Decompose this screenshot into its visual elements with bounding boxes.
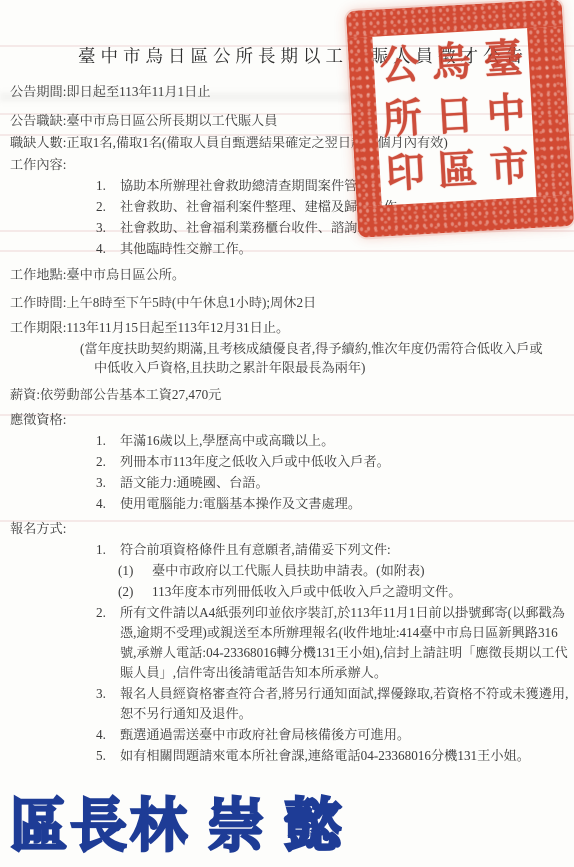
document-page: 臺中市烏日區公所長期以工代賑人員徵才公告 公告期間:即日起至113年11月1日止…: [10, 46, 570, 766]
duties-list: 1.協助本所辦理社會救助總清查期間案件管理。 2.社會救助、社會福利案件整理、建…: [96, 176, 570, 259]
field-term: 工作期限:113年11月15日起至113年12月31日止。: [10, 318, 570, 338]
item-text: 臺中市政府以工代賑人員扶助申請表。(如附表): [152, 561, 570, 581]
list-item: 5.如有相關問題請來電本所社會課,連絡電話04-23368016分機131王小姐…: [96, 746, 570, 766]
field-location: 工作地點:臺中市烏日區公所。: [10, 265, 570, 285]
list-item: 3.報名人員經資格審查符合者,將另行通知面試,擇優錄取,若資格不符或未獲遴用,恕…: [96, 684, 570, 724]
field-value: 依勞動部公告基本工資27,470元: [40, 387, 221, 402]
item-number: 1.: [96, 431, 120, 451]
item-text: 社會救助、社會福利業務櫃台收件、諮詢工作。: [120, 218, 570, 238]
item-text: 列冊本市113年度之低收入戶或中低收入戶者。: [120, 452, 570, 472]
item-text: 113年度本市列冊低收入戶或中低收入戶之證明文件。: [152, 582, 570, 602]
list-item: 4.甄選通過需送臺中市政府社會局核備後方可進用。: [96, 725, 570, 745]
field-value: 臺中市烏日區公所。: [66, 267, 185, 282]
list-subitem: (2)113年度本市列冊低收入戶或中低收入戶之證明文件。: [118, 582, 570, 602]
field-vacancy: 公告職缺:臺中市烏日區公所長期以工代賑人員: [10, 111, 570, 131]
field-label: 工作內容:: [10, 157, 66, 172]
item-number: 5.: [96, 746, 120, 766]
list-item: 2.社會救助、社會福利案件整理、建檔及歸檔工作。: [96, 197, 570, 217]
item-text: 甄選通過需送臺中市政府社會局核備後方可進用。: [120, 725, 570, 745]
field-label: 工作地點:: [10, 267, 66, 282]
field-duties-label: 工作內容:: [10, 155, 570, 175]
list-item: 1.符合前項資格條件且有意願者,請備妥下列文件:: [96, 540, 570, 560]
field-label: 工作期限:: [10, 320, 66, 335]
field-value: 即日起至113年11月1日止: [66, 84, 210, 99]
field-hours: 工作時間:上午8時至下午5時(中午休息1小時);周休2日: [10, 293, 570, 313]
field-value: 上午8時至下午5時(中午休息1小時);周休2日: [66, 295, 316, 310]
scanned-announcement: { "title": "臺中市烏日區公所長期以工代賑人員徵才公告", "fiel…: [0, 0, 574, 867]
item-text: 符合前項資格條件且有意願者,請備妥下列文件:: [120, 540, 570, 560]
field-value: 臺中市烏日區公所長期以工代賑人員: [66, 113, 277, 128]
list-item: 4.使用電腦能力:電腦基本操作及文書處理。: [96, 494, 570, 514]
field-headcount: 職缺人數:正取1名,備取1名(備取人員自甄選結果確定之翌日起三個月內有效): [10, 133, 570, 153]
item-number: 2.: [96, 452, 120, 472]
item-text: 年滿16歲以上,學歷高中或高職以上。: [120, 431, 570, 451]
item-number: 4.: [96, 725, 120, 745]
item-number: (2): [118, 582, 152, 602]
field-label: 應徵資格:: [10, 412, 66, 427]
district-chief-signature: 區長林 崇 懿: [10, 779, 345, 863]
seal-border: [346, 0, 563, 38]
item-number: 4.: [96, 494, 120, 514]
field-application-label: 報名方式:: [10, 519, 570, 539]
item-text: 報名人員經資格審查符合者,將另行通知面試,擇優錄取,若資格不符或未獲遴用,恕不另…: [120, 684, 570, 724]
term-note: (當年度扶助契約期滿,且考核成績優良者,得予續約,惟次年度仍需符合低收入戶或中低…: [80, 339, 554, 377]
document-title: 臺中市烏日區公所長期以工代賑人員徵才公告: [78, 46, 570, 66]
item-number: 1.: [96, 176, 120, 196]
item-text: 社會救助、社會福利案件整理、建檔及歸檔工作。: [120, 197, 570, 217]
item-number: 2.: [96, 603, 120, 683]
item-number: 4.: [96, 239, 120, 259]
item-number: (1): [118, 561, 152, 581]
list-item: 1.協助本所辦理社會救助總清查期間案件管理。: [96, 176, 570, 196]
field-period: 公告期間:即日起至113年11月1日止: [10, 82, 570, 102]
field-label: 報名方式:: [10, 521, 66, 536]
list-item: 1.年滿16歲以上,學歷高中或高職以上。: [96, 431, 570, 451]
item-number: 3.: [96, 218, 120, 238]
item-number: 1.: [96, 540, 120, 560]
item-text: 語文能力:通曉國、台語。: [120, 473, 570, 493]
field-label: 職缺人數:: [10, 135, 66, 150]
item-text: 如有相關問題請來電本所社會課,連絡電話04-23368016分機131王小姐。: [120, 746, 570, 766]
field-salary: 薪資:依勞動部公告基本工資27,470元: [10, 385, 570, 405]
item-text: 所有文件請以A4紙張列印並依序裝訂,於113年11月1日前以掛號郵寄(以郵戳為憑…: [120, 603, 570, 683]
list-subitem: (1)臺中市政府以工代賑人員扶助申請表。(如附表): [118, 561, 570, 581]
field-value: 正取1名,備取1名(備取人員自甄選結果確定之翌日起三個月內有效): [66, 135, 447, 150]
item-text: 其他臨時性交辦工作。: [120, 239, 570, 259]
item-number: 3.: [96, 473, 120, 493]
field-qualifications-label: 應徵資格:: [10, 410, 570, 430]
field-label: 薪資:: [10, 387, 40, 402]
list-item: 4.其他臨時性交辦工作。: [96, 239, 570, 259]
item-number: 2.: [96, 197, 120, 217]
field-label: 公告期間:: [10, 84, 66, 99]
field-label: 公告職缺:: [10, 113, 66, 128]
list-item: 2.所有文件請以A4紙張列印並依序裝訂,於113年11月1日前以掛號郵寄(以郵戳…: [96, 603, 570, 683]
list-item: 3.社會救助、社會福利業務櫃台收件、諮詢工作。: [96, 218, 570, 238]
item-number: 3.: [96, 684, 120, 724]
item-text: 使用電腦能力:電腦基本操作及文書處理。: [120, 494, 570, 514]
list-item: 2.列冊本市113年度之低收入戶或中低收入戶者。: [96, 452, 570, 472]
list-item: 3.語文能力:通曉國、台語。: [96, 473, 570, 493]
application-list: 1.符合前項資格條件且有意願者,請備妥下列文件: (1)臺中市政府以工代賑人員扶…: [96, 540, 570, 766]
qualifications-list: 1.年滿16歲以上,學歷高中或高職以上。 2.列冊本市113年度之低收入戶或中低…: [96, 431, 570, 514]
item-text: 協助本所辦理社會救助總清查期間案件管理。: [120, 176, 570, 196]
field-label: 工作時間:: [10, 295, 66, 310]
field-value: 113年11月15日起至113年12月31日止。: [66, 320, 289, 335]
